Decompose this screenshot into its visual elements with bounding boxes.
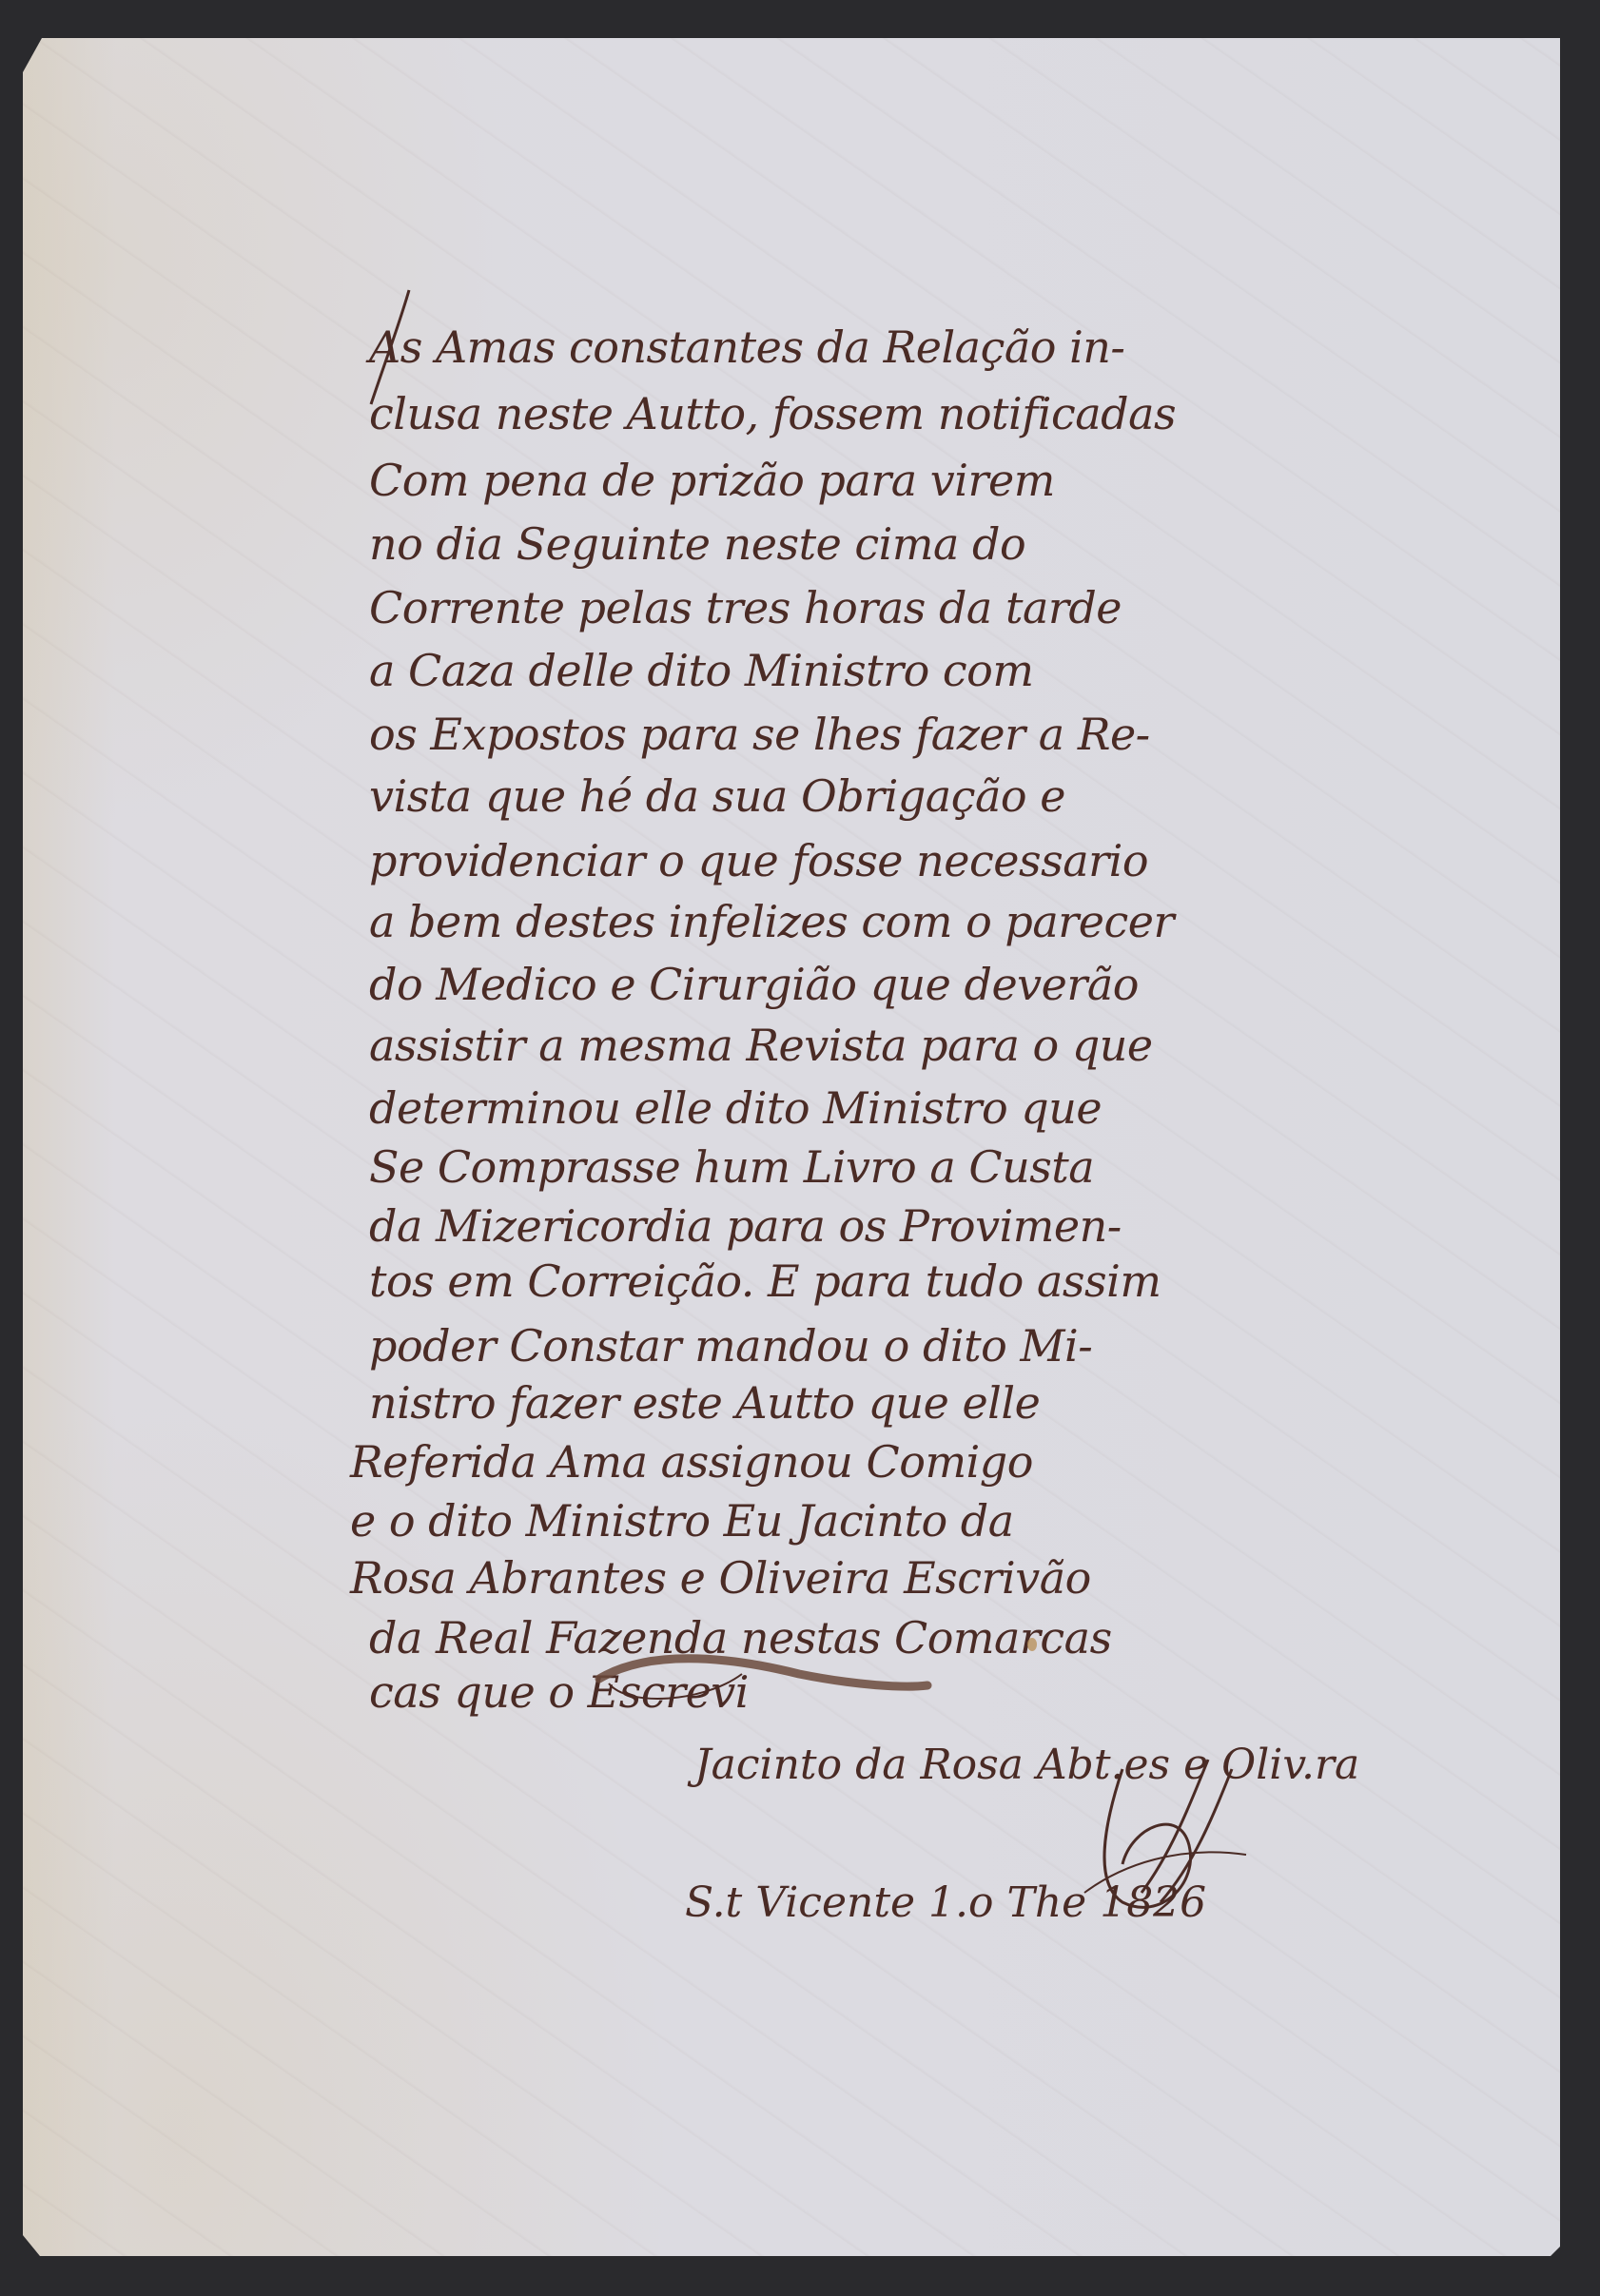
manuscript-line-11: do Medico e Cirurgião que deverão [369, 959, 1139, 1010]
signature: Jacinto da Rosa Abt.es e Oliv.ra [694, 1741, 1359, 1789]
manuscript-line-17: poder Constar mandou o dito Mi- [369, 1320, 1092, 1372]
manuscript-line-12: assistir a mesma Revista para o que [369, 1020, 1153, 1071]
manuscript-line-5: Corrente pelas tres horas da tarde [369, 582, 1122, 633]
manuscript-line-3: Com pena de prizão para virem [369, 455, 1055, 506]
manuscript-line-10: a bem destes infelizes com o parecer [369, 896, 1174, 947]
manuscript-line-18: nistro fazer este Autto que elle [369, 1377, 1040, 1429]
manuscript-line-2: clusa neste Autto, fossem notificadas [369, 388, 1176, 439]
closing-flourish [590, 1645, 932, 1712]
manuscript-line-21: Rosa Abrantes e Oliveira Escrivão [350, 1552, 1091, 1604]
manuscript-line-14: Se Comprasse hum Livro a Custa [369, 1141, 1094, 1193]
manuscript-line-7: os Expostos para se lhes fazer a Re- [369, 709, 1150, 760]
ink-stain [1027, 1638, 1037, 1651]
manuscript-line-8: vista que hé da sua Obrigação e [369, 770, 1065, 822]
closing-date-line: S.t Vicente 1.o The 1826 [685, 1878, 1206, 1927]
manuscript-line-4: no dia Seguinte neste cima do [369, 518, 1025, 570]
manuscript-line-19: Referida Ama assignou Comigo [350, 1436, 1033, 1488]
manuscript-line-1: As Amas constantes da Relação in- [369, 321, 1124, 373]
manuscript-line-20: e o dito Ministro Eu Jacinto da [350, 1495, 1014, 1547]
manuscript-line-15: da Mizericordia para os Provimen- [369, 1200, 1122, 1252]
manuscript-line-13: determinou elle dito Ministro que [369, 1082, 1102, 1134]
manuscript-line-16: tos em Correição. E para tudo assim [369, 1255, 1161, 1307]
manuscript-line-9: providenciar o que fosse necessario [369, 835, 1148, 886]
manuscript-line-6: a Caza delle dito Ministro com [369, 645, 1033, 696]
